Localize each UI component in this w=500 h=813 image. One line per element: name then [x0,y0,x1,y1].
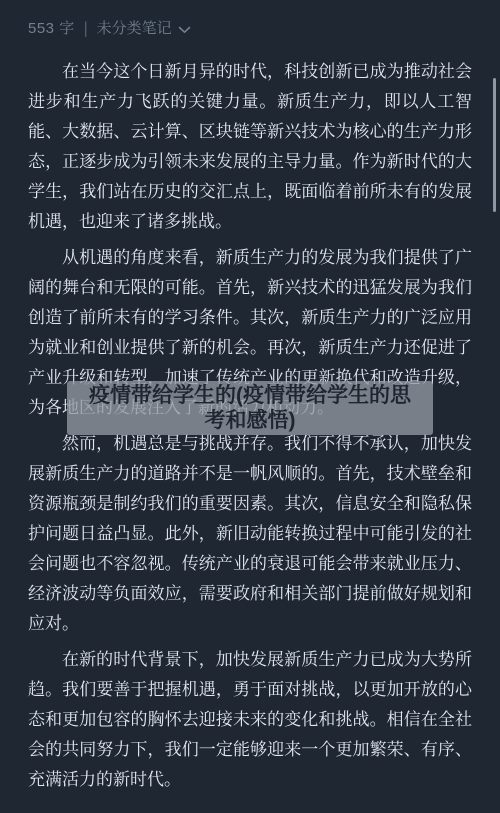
note-paragraph-4[interactable]: 在新的时代背景下，加快发展新质生产力已成为大势所趋。我们要善于把握机遇，勇于面对… [28,645,472,795]
note-paragraph-1[interactable]: 在当今这个日新月异的时代，科技创新已成为推动社会进步和生产力飞跃的关键力量。新质… [28,57,472,237]
chevron-down-icon [178,26,191,34]
word-count: 553 字 [28,18,75,40]
note-meta-bar: 553 字 | 未分类笔记 [28,18,472,40]
note-app-screen: 553 字 | 未分类笔记 在当今这个日新月异的时代，科技创新已成为推动社会进步… [0,0,500,813]
note-paragraph-3[interactable]: 然而，机遇总是与挑战并存。我们不得不承认，加快发展新质生产力的道路并不是一帆风顺… [28,429,472,639]
meta-divider: | [84,17,88,41]
note-paragraph-2[interactable]: 从机遇的角度来看，新质生产力的发展为我们提供了广阔的舞台和无限的可能。首先，新兴… [28,243,472,423]
note-editor[interactable]: 在当今这个日新月异的时代，科技创新已成为推动社会进步和生产力飞跃的关键力量。新质… [28,57,472,801]
scrollbar-thumb[interactable] [493,78,496,212]
category-label: 未分类笔记 [97,18,172,40]
category-selector[interactable]: 未分类笔记 [97,18,191,40]
